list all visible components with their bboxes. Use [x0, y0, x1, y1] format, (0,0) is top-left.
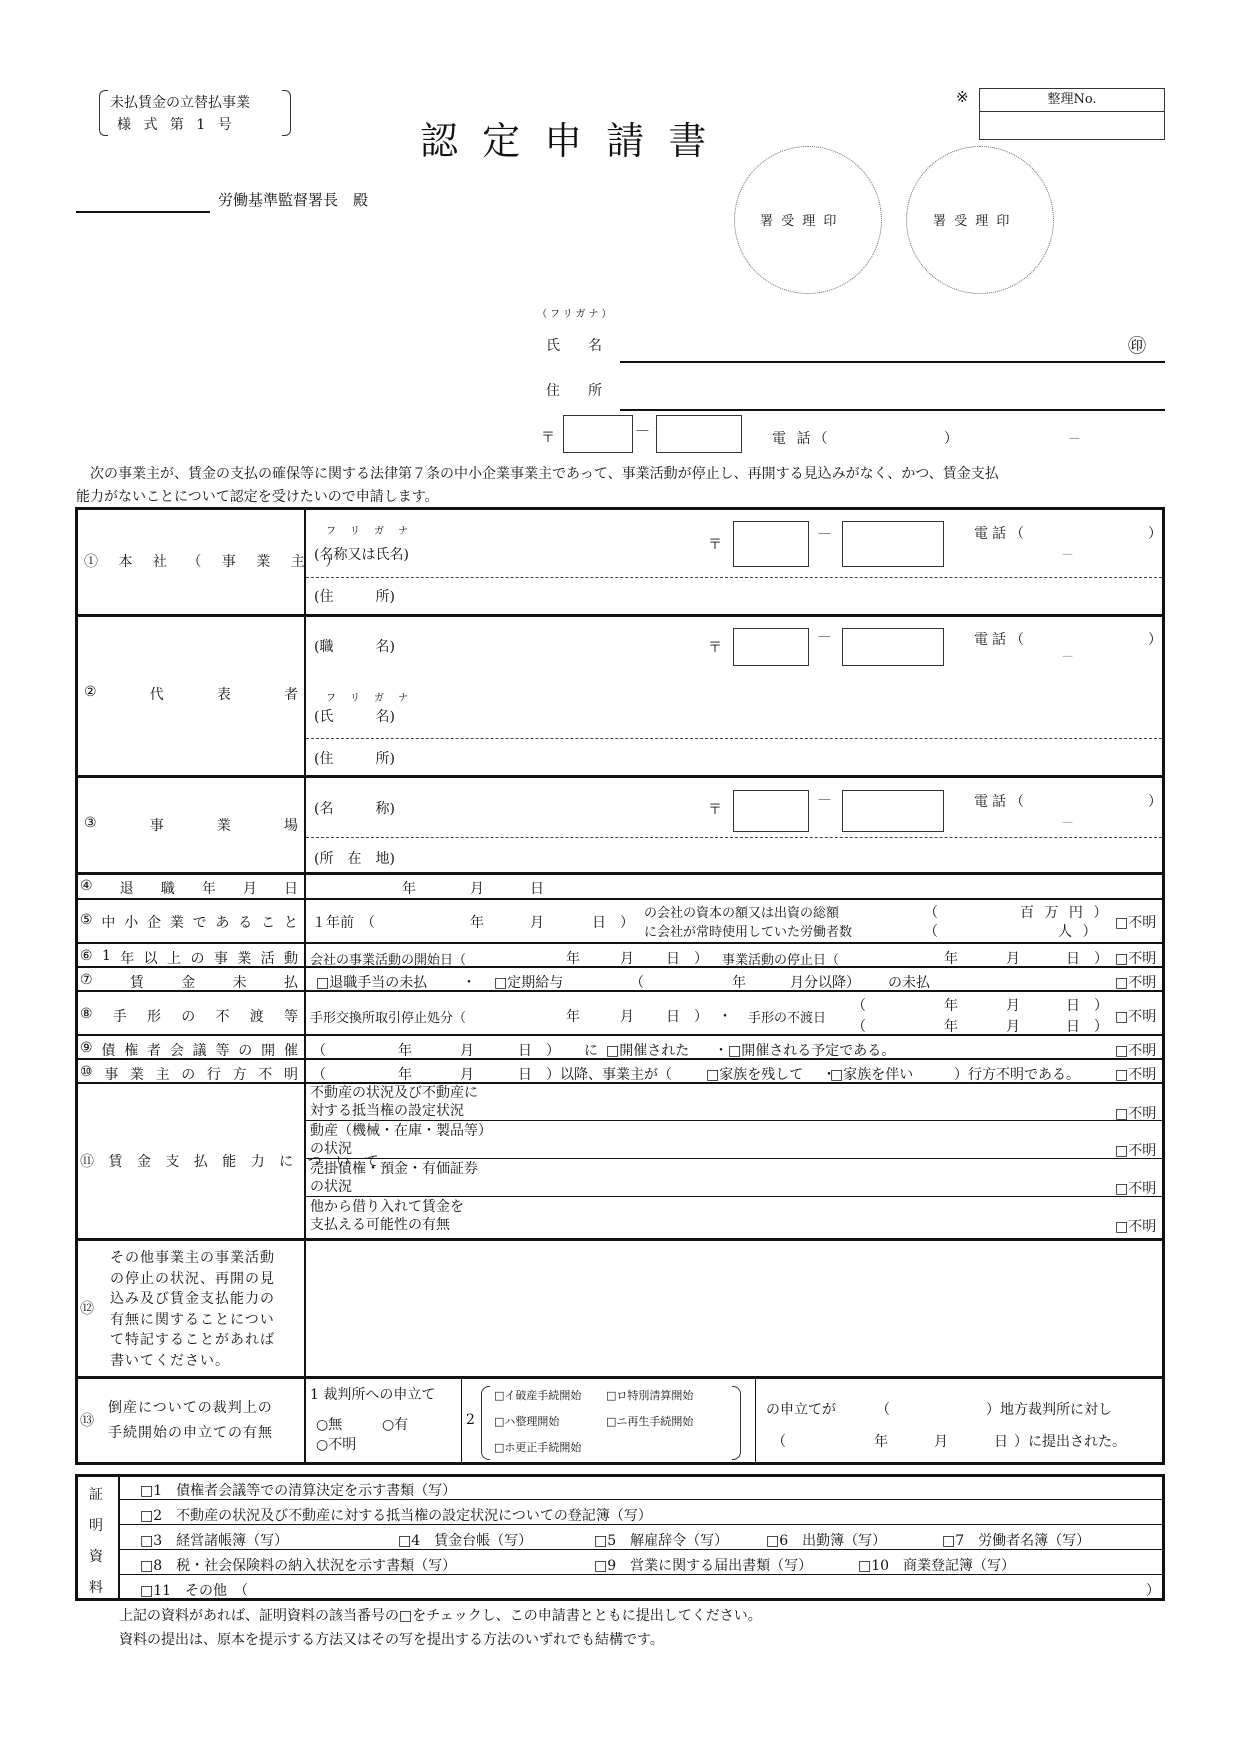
- applicant-furigana-label: （フリガナ）: [537, 305, 615, 320]
- procedure-type-number: 2: [466, 1412, 475, 1428]
- petition-text: の申立てが: [766, 1399, 836, 1419]
- section-10-label: ⑩事業主の行方不明: [80, 1064, 298, 1084]
- section-13-label-line2: 手続開始の申立ての有無: [108, 1422, 273, 1442]
- day-label: 日: [592, 912, 606, 932]
- payment-ability-item: 不動産の状況及び不動産に対する抵当権の設定状況: [310, 1084, 478, 1120]
- section-8-label: ⑧手形の不渡等: [80, 1006, 298, 1026]
- close-paren: ）: [1146, 1580, 1160, 1600]
- scheduled-checkbox[interactable]: □開催される予定である。: [728, 1040, 895, 1060]
- section-3-location-label: (所 在 地): [314, 848, 395, 868]
- section-13-label-line1: 倒産についての裁判上の: [108, 1397, 273, 1417]
- stop-date-label: 事業活動の停止日（: [722, 949, 839, 968]
- section-13-number: ⑬: [80, 1410, 94, 1430]
- month-label: 月: [460, 1064, 474, 1084]
- applicant-address-label: 住 所: [546, 380, 602, 400]
- submitted-label: ）に提出された。: [1014, 1431, 1126, 1451]
- open-paren: （: [852, 1016, 866, 1036]
- evidence-checkbox-5[interactable]: □5 解雇辞令（写）: [594, 1530, 728, 1550]
- capital-unit: 百 万 円 ）: [1020, 902, 1110, 922]
- section-3-label: ③ 事 業 場: [84, 815, 298, 835]
- section-2-postal-code-2[interactable]: [842, 628, 944, 666]
- stamp-label-2: 署 受 理 印: [933, 210, 1011, 229]
- workers-label: に会社が常時使用していた労働者数: [644, 921, 852, 940]
- month-label: 月: [620, 1006, 634, 1026]
- seal-mark-icon: ㊞: [1128, 332, 1146, 358]
- open-paren: （: [312, 1040, 326, 1060]
- page-title: 認 定 申 請 書: [420, 110, 712, 165]
- radio-unknown[interactable]: ○不明: [316, 1434, 356, 1454]
- section-3-phone-label: 電話（: [974, 791, 1028, 811]
- section-12-label: その他事業主の事業活動 の停止の状況、再開の見 込み及び賃金支払能力の 有無に関…: [110, 1248, 275, 1371]
- unknown-checkbox[interactable]: □不明: [1115, 1064, 1156, 1084]
- retirement-allowance-checkbox[interactable]: □退職手当の未払: [316, 972, 427, 992]
- section-5-label: ⑤中小企業であること: [80, 912, 298, 932]
- section-12-number: ⑫: [80, 1298, 94, 1318]
- left-family-checkbox[interactable]: □家族を残して: [706, 1064, 803, 1084]
- unknown-checkbox[interactable]: □不明: [1115, 1040, 1156, 1060]
- open-paren: （: [312, 1064, 326, 1084]
- section-3-name-label: (名 称): [314, 798, 395, 818]
- payment-ability-item: 動産（機械・在庫・製品等）の状況: [310, 1122, 492, 1158]
- year-label: 年: [402, 878, 416, 898]
- capital-label: の会社の資本の額又は出資の総額: [644, 902, 839, 921]
- postal-mark-icon: 〒: [708, 799, 722, 819]
- postal-mark-icon: 〒: [708, 637, 722, 657]
- regular-salary-checkbox[interactable]: □定期給与: [494, 972, 563, 992]
- section-3-phone-close: ）: [1148, 791, 1162, 811]
- year-label: 年: [944, 1016, 958, 1036]
- day-label: 日: [994, 1431, 1008, 1451]
- applicant-name-field[interactable]: [620, 361, 1165, 363]
- held-checkbox[interactable]: □開催された: [606, 1040, 689, 1060]
- month-since-label: 月分以降）: [790, 972, 860, 992]
- start-date-label: 会社の事業活動の開始日（: [310, 949, 466, 968]
- postal-dash: —: [818, 792, 831, 807]
- section-1-postal-code-1[interactable]: [733, 521, 809, 567]
- month-label: 月: [1006, 948, 1020, 968]
- one-year-before-label: １年前 （: [312, 912, 375, 932]
- court-label: ）地方裁判所に対し: [986, 1399, 1112, 1419]
- applicant-phone-label: 電 話（: [772, 428, 830, 448]
- section-2-phone-label: 電話（: [974, 629, 1028, 649]
- month-label: 月: [530, 912, 544, 932]
- day-label: 日 ）: [518, 1040, 560, 1060]
- evidence-checkbox-7[interactable]: □7 労働者名簿（写）: [942, 1530, 1090, 1550]
- applicant-postal-code-2[interactable]: [656, 415, 742, 453]
- separator: ・: [714, 1040, 728, 1060]
- year-label: 年: [566, 948, 580, 968]
- section-3-postal-code-2[interactable]: [842, 790, 944, 832]
- arrangement-checkbox[interactable]: □ハ整理開始: [494, 1413, 559, 1429]
- unknown-checkbox[interactable]: □不明: [1115, 972, 1156, 992]
- unknown-checkbox[interactable]: □不明: [1115, 1178, 1156, 1198]
- ni-label: に: [584, 1040, 598, 1060]
- year-label: 年: [874, 1431, 888, 1451]
- since-label: 以降、事業主が（: [560, 1064, 672, 1084]
- intro-line-1: 次の事業主が、賃金の支払の確保等に関する法律第７条の中小企業事業主であって、事業…: [90, 463, 999, 483]
- footer-note-1: 上記の資料があれば、証明資料の該当番号の□をチェックし、この申請書とともに提出し…: [119, 1605, 762, 1625]
- special-notes-field[interactable]: [308, 1243, 1160, 1373]
- day-label: 日: [530, 878, 544, 898]
- evidence-side-label: 証 明 資 料: [89, 1480, 103, 1604]
- evidence-checkbox-9[interactable]: □9 営業に関する届出書類（写）: [594, 1555, 812, 1575]
- payment-ability-item: 売掛債権・預金・有価証券の状況: [310, 1160, 478, 1196]
- addressee: 労働基準監督署長 殿: [218, 189, 368, 210]
- section-2-furigana: フ リ ガ ナ: [326, 689, 410, 704]
- reference-number-box: 整理No.: [979, 88, 1165, 140]
- day-label: 日 ）: [1066, 1016, 1108, 1036]
- reorganization-checkbox[interactable]: □ホ更正手続開始: [494, 1439, 581, 1455]
- section-6-label: ⑥1年以上の事業活動: [80, 948, 298, 968]
- section-2-phone-dash: －: [1061, 646, 1074, 665]
- open-paren: （: [630, 972, 644, 992]
- section-4-label: ④退職年月日: [80, 878, 298, 898]
- year-label: 年: [944, 995, 958, 1015]
- unknown-checkbox[interactable]: □不明: [1115, 912, 1156, 932]
- month-label: 月: [1006, 1016, 1020, 1036]
- section-1-phone-close: ）: [1148, 523, 1162, 543]
- reference-number-field[interactable]: [980, 112, 1164, 138]
- reference-number-label: 整理No.: [980, 89, 1164, 112]
- day-label: 日 ）: [666, 1006, 708, 1026]
- section-1-phone-label: 電話（: [974, 523, 1028, 543]
- section-2-phone-close: ）: [1148, 629, 1162, 649]
- evidence-checkbox-3[interactable]: □3 経営諸帳簿（写）: [140, 1530, 288, 1550]
- footer-note-2: 資料の提出は、原本を提示する方法又はその写を提出する方法のいずれでも結構です。: [119, 1629, 664, 1649]
- day-label: 日 ）: [1066, 995, 1108, 1015]
- open-paren: （: [924, 921, 938, 941]
- postal-mark-icon: 〒: [708, 534, 722, 554]
- year-label: 年: [398, 1064, 412, 1084]
- section-1-name-label: (名称又は氏名): [314, 544, 409, 564]
- section-1-furigana: フ リ ガ ナ: [326, 522, 410, 537]
- radio-yes[interactable]: ○有: [382, 1414, 408, 1434]
- bankruptcy-checkbox[interactable]: □イ破産手続開始: [494, 1387, 581, 1403]
- section-2-title-label: (職 名): [314, 636, 395, 656]
- unknown-checkbox[interactable]: □不明: [1115, 1140, 1156, 1160]
- open-paren: （: [772, 1431, 786, 1451]
- section-1-label: ① 本 社 （ 事 業 主 ）: [84, 551, 347, 571]
- year-label: 年: [944, 948, 958, 968]
- month-label: 月: [460, 1040, 474, 1060]
- day-label: 日 ）: [518, 1064, 560, 1084]
- month-label: 月: [620, 948, 634, 968]
- day-label: 日 ）: [1066, 948, 1108, 968]
- postal-mark-icon: 〒: [541, 427, 555, 447]
- evidence-checkbox-1[interactable]: □1 債権者会議等での清算決定を示す書類（写）: [140, 1480, 456, 1500]
- postal-dash: —: [818, 629, 831, 644]
- section-3-phone-dash: －: [1061, 812, 1074, 831]
- applicant-postal-code-1[interactable]: [563, 415, 633, 453]
- unknown-checkbox[interactable]: □不明: [1115, 1216, 1156, 1236]
- open-paren: （: [852, 995, 866, 1015]
- section-2-address-label: (住 所): [314, 748, 395, 768]
- special-liquidation-checkbox[interactable]: □ロ特別清算開始: [606, 1387, 693, 1403]
- separator: ・: [718, 1006, 732, 1026]
- section-1-address-label: (住 所): [314, 586, 395, 606]
- evidence-checkbox-4[interactable]: □4 賃金台帳（写）: [398, 1530, 532, 1550]
- unknown-whereabouts-label: ）行方不明である。: [954, 1064, 1080, 1084]
- evidence-checkbox-10[interactable]: □10 商業登記簿（写）: [858, 1555, 1015, 1575]
- unknown-checkbox[interactable]: □不明: [1115, 948, 1156, 968]
- section-7-label: ⑦賃金未払: [80, 972, 298, 992]
- radio-none[interactable]: ○無: [316, 1414, 342, 1434]
- section-2-name-label: (氏 名): [314, 706, 395, 726]
- close-paren: ）: [620, 912, 634, 932]
- court-petition-question: 1 裁判所への申立て: [310, 1384, 435, 1404]
- year-label: 年: [566, 1006, 580, 1026]
- postal-dash: —: [818, 526, 831, 541]
- unknown-checkbox[interactable]: □不明: [1115, 1006, 1156, 1026]
- section-2-postal-code-1[interactable]: [733, 628, 809, 666]
- unknown-checkbox[interactable]: □不明: [1115, 1103, 1156, 1123]
- year-label: 年: [470, 912, 484, 932]
- open-paren: （: [924, 902, 938, 922]
- evidence-checkbox-11[interactable]: □11 その他 （: [140, 1580, 248, 1600]
- section-3-postal-code-1[interactable]: [733, 790, 809, 832]
- month-label: 月: [934, 1431, 948, 1451]
- form-type-line1: 未払賃金の立替払事業: [110, 92, 250, 112]
- applicant-phone-close: ）: [944, 428, 958, 448]
- suspension-label: 手形交換所取引停止処分（: [310, 1007, 466, 1026]
- intro-line-2: 能力がないことについて認定を受けたいので申請します。: [76, 486, 439, 506]
- section-2-label: ② 代 表 者: [84, 684, 298, 704]
- section-9-label: ⑨債権者会議等の開催: [80, 1040, 298, 1060]
- section-1-phone-dash: －: [1061, 544, 1074, 563]
- applicant-phone-dash: －: [1068, 428, 1081, 447]
- separator: ・: [462, 972, 476, 992]
- evidence-checkbox-2[interactable]: □2 不動産の状況及び不動産に対する抵当権の設定状況についての登記簿（写）: [140, 1505, 652, 1525]
- applicant-name-label: 氏 名: [546, 335, 602, 355]
- form-type-line2: 様 式 第 1 号: [117, 114, 236, 134]
- day-label: 日 ）: [666, 948, 708, 968]
- open-paren: （: [876, 1399, 890, 1419]
- evidence-checkbox-8[interactable]: □8 税・社会保険料の納入状況を示す書類（写）: [140, 1555, 456, 1575]
- unpaid-suffix: の未払: [888, 972, 930, 992]
- year-label: 年: [732, 972, 746, 992]
- office-name-line[interactable]: [76, 211, 210, 213]
- evidence-checkbox-6[interactable]: □6 出勤簿（写）: [766, 1530, 886, 1550]
- payment-ability-item: 他から借り入れて賃金を支払える可能性の有無: [310, 1198, 464, 1234]
- reference-mark: ※: [956, 88, 969, 106]
- postal-dash: —: [636, 423, 649, 438]
- section-1-postal-code-2[interactable]: [842, 521, 944, 567]
- with-family-checkbox[interactable]: □家族を伴い: [830, 1064, 913, 1084]
- dishonor-label: 手形の不渡日: [748, 1007, 826, 1026]
- rehabilitation-checkbox[interactable]: □ニ再生手続開始: [606, 1413, 693, 1429]
- stamp-label-1: 署 受 理 印: [760, 210, 838, 229]
- year-label: 年: [398, 1040, 412, 1060]
- workers-unit: 人 ）: [1058, 921, 1099, 941]
- month-label: 月: [470, 878, 484, 898]
- month-label: 月: [1006, 995, 1020, 1015]
- applicant-address-field[interactable]: [620, 409, 1165, 411]
